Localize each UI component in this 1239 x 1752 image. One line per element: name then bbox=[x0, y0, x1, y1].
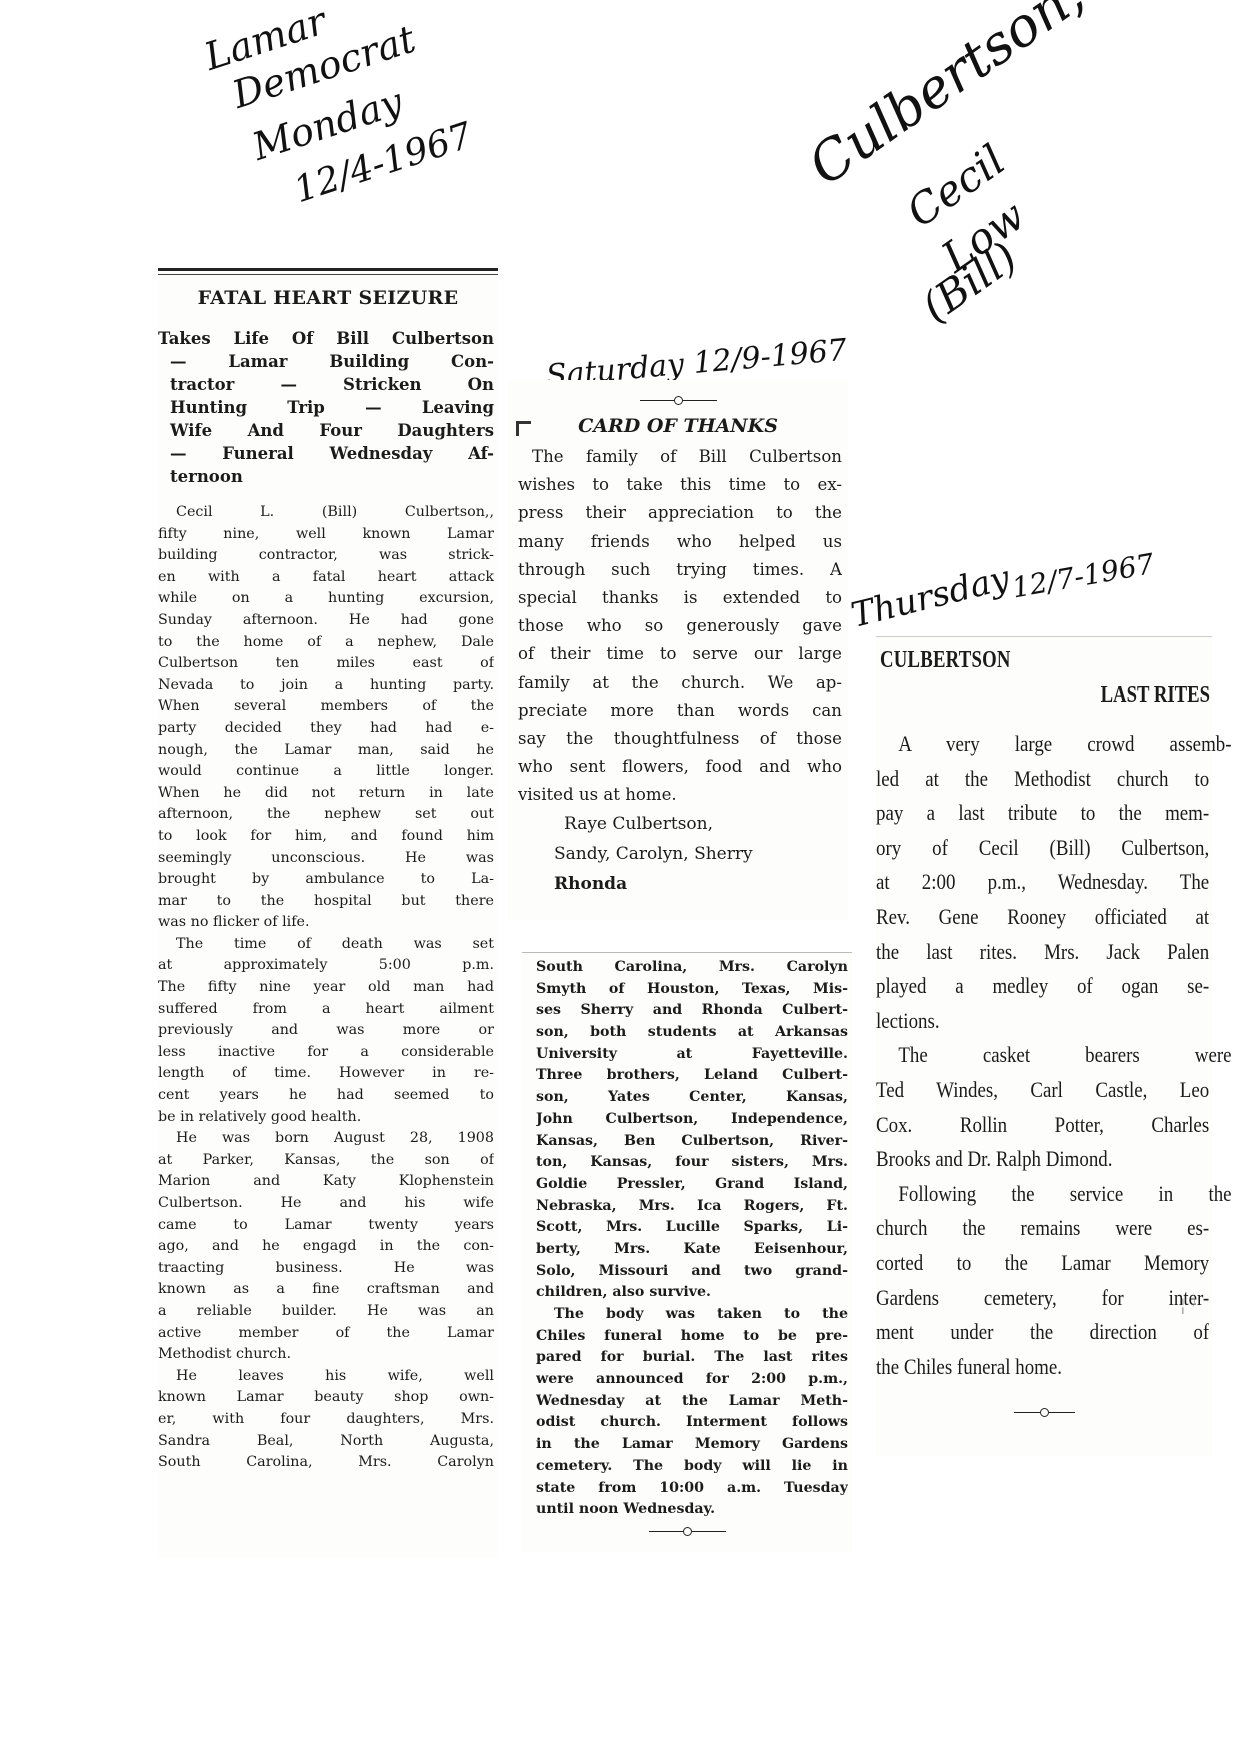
card-of-thanks-body: The family of Bill Culbertsonwishes to t… bbox=[508, 443, 848, 809]
text-line: mar to the hospital but there bbox=[158, 891, 494, 913]
text-line: Brooks and Dr. Ralph Dimond. bbox=[876, 1142, 1209, 1177]
text-line: were announced for 2:00 p.m., bbox=[536, 1369, 848, 1391]
subhead-line: — Lamar Building Con- bbox=[158, 350, 494, 373]
text-line: the last rites. Mrs. Jack Palen bbox=[876, 935, 1209, 970]
clipping-edge bbox=[522, 952, 852, 953]
text-line: many friends who helped us bbox=[518, 528, 842, 556]
subhead-line: Hunting Trip — Leaving bbox=[158, 396, 494, 419]
text-line: Culbertson. He and his wife bbox=[158, 1193, 494, 1215]
text-line: suffered from a heart ailment bbox=[158, 999, 494, 1021]
text-line: party decided they had had e- bbox=[158, 718, 494, 740]
text-line: would continue a little longer. bbox=[158, 761, 494, 783]
text-line: lections. bbox=[876, 1004, 1209, 1039]
text-line: er, with four daughters, Mrs. bbox=[158, 1409, 494, 1431]
text-line: less inactive for a considerable bbox=[158, 1042, 494, 1064]
subhead-line: ternoon bbox=[158, 465, 494, 488]
text-line: Gardens cemetery, for inter- bbox=[876, 1281, 1209, 1316]
text-line: en with a fatal heart attack bbox=[158, 567, 494, 589]
subhead-line: Wife And Four Daughters bbox=[158, 419, 494, 442]
text-line: in the Lamar Memory Gardens bbox=[536, 1434, 848, 1456]
text-line: known as a fine craftsman and bbox=[158, 1279, 494, 1301]
text-line: building contractor, was strick- bbox=[158, 545, 494, 567]
text-line: Following the service in the bbox=[876, 1177, 1232, 1212]
text-line: length of time. However in re- bbox=[158, 1063, 494, 1085]
text-line: preciate more than words can bbox=[518, 697, 842, 725]
text-line: The time of death was set bbox=[158, 934, 494, 956]
text-line: at Parker, Kansas, the son of bbox=[158, 1150, 494, 1172]
text-line: active member of the Lamar bbox=[158, 1323, 494, 1345]
text-line: at 2:00 p.m., Wednesday. The bbox=[876, 865, 1209, 900]
text-line: of their time to serve our large bbox=[518, 640, 842, 668]
text-line: Solo, Missouri and two grand- bbox=[536, 1261, 848, 1283]
article-subheadline: Takes Life Of Bill Culbertson — Lamar Bu… bbox=[158, 327, 494, 488]
clipping-edge bbox=[876, 636, 1212, 637]
card-of-thanks-headline: CARD OF THANKS bbox=[508, 415, 848, 437]
text-line: who sent flowers, food and who bbox=[518, 753, 842, 781]
text-line: to the home of a nephew, Dale bbox=[158, 632, 494, 654]
text-line: be in relatively good health. bbox=[158, 1107, 494, 1129]
clipping-fatal-heart-seizure: FATAL HEART SEIZURE Takes Life Of Bill C… bbox=[158, 268, 498, 1558]
handwritten-thursday-note: Thursday bbox=[848, 561, 1013, 633]
clipping-article-continuation: South Carolina, Mrs. CarolynSmyth of Hou… bbox=[522, 952, 852, 1552]
text-line: those who so generously gave bbox=[518, 612, 842, 640]
last-rites-headline-name: CULBERTSON bbox=[880, 647, 1139, 674]
card-of-thanks-signature: Raye Culbertson, Sandy, Carolyn, Sherry … bbox=[508, 809, 848, 899]
text-line: son, Yates Center, Kansas, bbox=[536, 1087, 848, 1109]
text-line: was no flicker of life. bbox=[158, 912, 494, 934]
text-line: led at the Methodist church to bbox=[876, 762, 1209, 797]
text-line: visited us at home. bbox=[518, 781, 842, 809]
text-line: children, also survive. bbox=[536, 1282, 848, 1304]
double-rule-divider bbox=[158, 268, 498, 275]
text-line: pared for burial. The last rites bbox=[536, 1347, 848, 1369]
text-line: berty, Mrs. Kate Eeisenhour, bbox=[536, 1239, 848, 1261]
text-line: ton, Kansas, four sisters, Mrs. bbox=[536, 1152, 848, 1174]
text-line: A very large crowd assemb- bbox=[876, 727, 1232, 762]
text-line: odist church. Interment follows bbox=[536, 1412, 848, 1434]
text-line: South Carolina, Mrs. Carolyn bbox=[536, 957, 848, 979]
text-line: wishes to take this time to ex- bbox=[518, 471, 842, 499]
text-line: Methodist church. bbox=[158, 1344, 494, 1366]
text-line: corted to the Lamar Memory bbox=[876, 1246, 1209, 1281]
text-line: Three brothers, Leland Culbert- bbox=[536, 1065, 848, 1087]
clipping-last-rites: CULBERTSON LAST RITES A very large crowd… bbox=[876, 636, 1212, 1456]
article-headline: FATAL HEART SEIZURE bbox=[158, 287, 498, 309]
text-line: known Lamar beauty shop own- bbox=[158, 1387, 494, 1409]
last-rites-headline: LAST RITES bbox=[949, 682, 1210, 709]
handwritten-thursday-date: 12/7-1967 bbox=[1010, 550, 1156, 603]
text-line: Chiles funeral home to be pre- bbox=[536, 1326, 848, 1348]
text-line: the Chiles funeral home. bbox=[876, 1350, 1209, 1385]
text-line: Nevada to join a hunting party. bbox=[158, 675, 494, 697]
clipping-card-of-thanks: CARD OF THANKS The family of Bill Culber… bbox=[508, 380, 848, 920]
text-line: John Culbertson, Independence, bbox=[536, 1109, 848, 1131]
signature-line: Raye Culbertson, bbox=[508, 809, 848, 839]
text-line: fifty nine, well known Lamar bbox=[158, 524, 494, 546]
text-line: The body was taken to the bbox=[536, 1304, 848, 1326]
text-line: cemetery. The body will lie in bbox=[536, 1456, 848, 1478]
text-line: He leaves his wife, well bbox=[158, 1366, 494, 1388]
text-line: pay a last tribute to the mem- bbox=[876, 796, 1209, 831]
ornament-divider bbox=[508, 396, 848, 405]
subhead-line: — Funeral Wednesday Af- bbox=[158, 442, 494, 465]
text-line: When he did not return in late bbox=[158, 783, 494, 805]
text-line: South Carolina, Mrs. Carolyn bbox=[158, 1452, 494, 1474]
text-line: The family of Bill Culbertson bbox=[518, 443, 842, 471]
text-line: through such trying times. A bbox=[518, 556, 842, 584]
text-line: say the thoughtfulness of those bbox=[518, 725, 842, 753]
text-line: brought by ambulance to La- bbox=[158, 869, 494, 891]
text-line: seemingly unconscious. He was bbox=[158, 848, 494, 870]
text-line: Kansas, Ben Culbertson, River- bbox=[536, 1131, 848, 1153]
text-line: at approximately 5:00 p.m. bbox=[158, 955, 494, 977]
text-line: Cecil L. (Bill) Culbertson,, bbox=[158, 502, 494, 524]
text-line: Marion and Katy Klophenstein bbox=[158, 1171, 494, 1193]
article-body: Cecil L. (Bill) Culbertson,,fifty nine, … bbox=[158, 502, 498, 1474]
text-line: while on a hunting excursion, bbox=[158, 588, 494, 610]
text-line: family at the church. We ap- bbox=[518, 669, 842, 697]
text-line: nough, the Lamar man, said he bbox=[158, 740, 494, 762]
text-line: When several members of the bbox=[158, 696, 494, 718]
text-line: Cox. Rollin Potter, Charles bbox=[876, 1108, 1209, 1143]
text-line: cent years he had seemed to bbox=[158, 1085, 494, 1107]
text-line: He was born August 28, 1908 bbox=[158, 1128, 494, 1150]
signature-line: Sandy, Carolyn, Sherry bbox=[508, 839, 848, 869]
text-line: came to Lamar twenty years bbox=[158, 1215, 494, 1237]
corner-mark bbox=[516, 421, 531, 436]
text-line: ses Sherry and Rhonda Culbert- bbox=[536, 1000, 848, 1022]
text-line: afternoon, the nephew set out bbox=[158, 804, 494, 826]
text-line: ment under the direction of bbox=[876, 1315, 1209, 1350]
text-line: until noon Wednesday. bbox=[536, 1499, 848, 1521]
text-line: previously and was more or bbox=[158, 1020, 494, 1042]
text-line: press their appreciation to the bbox=[518, 499, 842, 527]
ornament-divider bbox=[522, 1527, 852, 1536]
last-rites-body: A very large crowd assemb-led at the Met… bbox=[876, 727, 1212, 1384]
text-line: church the remains were es- bbox=[876, 1211, 1209, 1246]
text-line: The fifty nine year old man had bbox=[158, 977, 494, 999]
text-line: state from 10:00 a.m. Tuesday bbox=[536, 1478, 848, 1500]
text-line: ory of Cecil (Bill) Culbertson, bbox=[876, 831, 1209, 866]
text-line: Ted Windes, Carl Castle, Leo bbox=[876, 1073, 1209, 1108]
text-line: Scott, Mrs. Lucille Sparks, Li- bbox=[536, 1217, 848, 1239]
text-line: Sandra Beal, North Augusta, bbox=[158, 1431, 494, 1453]
text-line: special thanks is extended to bbox=[518, 584, 842, 612]
article-continuation-body: South Carolina, Mrs. CarolynSmyth of Hou… bbox=[522, 957, 852, 1521]
text-line: Goldie Pressler, Grand Island, bbox=[536, 1174, 848, 1196]
text-line: Rev. Gene Rooney officiated at bbox=[876, 900, 1209, 935]
text-line: Wednesday at the Lamar Meth- bbox=[536, 1391, 848, 1413]
text-line: ago, and he engagd in the con- bbox=[158, 1236, 494, 1258]
text-line: Culbertson ten miles east of bbox=[158, 653, 494, 675]
text-line: Nebraska, Mrs. Ica Rogers, Ft. bbox=[536, 1196, 848, 1218]
scan-marks: ¦ ⁾ bbox=[1180, 1295, 1196, 1316]
text-line: University at Fayetteville. bbox=[536, 1044, 848, 1066]
ornament-divider bbox=[876, 1408, 1212, 1417]
text-line: The casket bearers were bbox=[876, 1038, 1232, 1073]
text-line: Sunday afternoon. He had gone bbox=[158, 610, 494, 632]
subhead-line: tractor — Stricken On bbox=[158, 373, 494, 396]
text-line: played a medley of ogan se- bbox=[876, 969, 1209, 1004]
text-line: to look for him, and found him bbox=[158, 826, 494, 848]
text-line: son, both students at Arkansas bbox=[536, 1022, 848, 1044]
signature-line: Rhonda bbox=[508, 869, 848, 899]
text-line: traacting business. He was bbox=[158, 1258, 494, 1280]
text-line: a reliable builder. He was an bbox=[158, 1301, 494, 1323]
card-of-thanks-headline-text: CARD OF THANKS bbox=[578, 415, 778, 437]
subhead-line: Takes Life Of Bill Culbertson bbox=[158, 327, 494, 350]
text-line: Smyth of Houston, Texas, Mis- bbox=[536, 979, 848, 1001]
